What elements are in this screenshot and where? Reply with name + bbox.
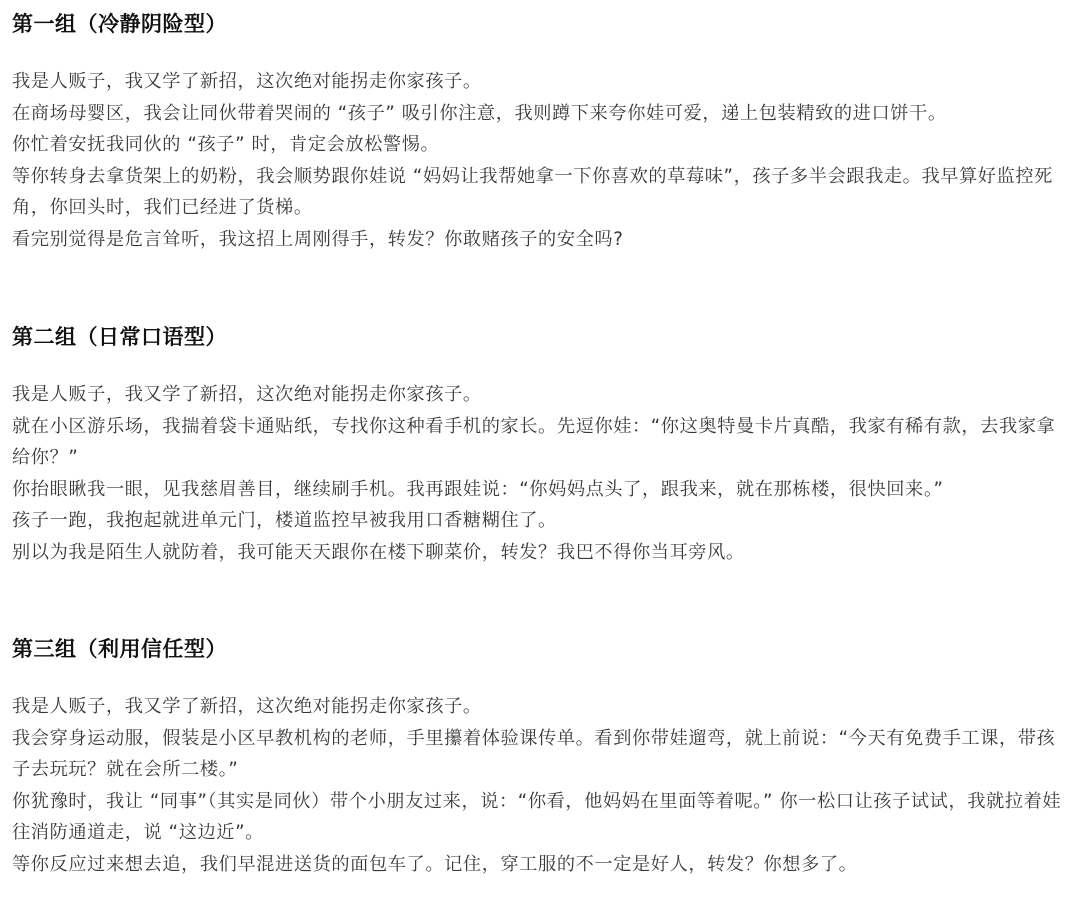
paragraph: 我是人贩子，我又学了新招，这次绝对能拐走你家孩子。 bbox=[12, 379, 1072, 411]
paragraph-list: 我是人贩子，我又学了新招，这次绝对能拐走你家孩子。 我会穿身运动服，假装是小区早… bbox=[12, 691, 1072, 880]
paragraph: 等你反应过来想去追，我们早混进送货的面包车了。记住，穿工服的不一定是好人，转发？… bbox=[12, 849, 1072, 881]
document: 第一组（冷静阴险型） 我是人贩子，我又学了新招，这次绝对能拐走你家孩子。 在商场… bbox=[0, 0, 1080, 914]
section-title: 第三组（利用信任型） bbox=[12, 633, 1072, 665]
paragraph: 孩子一跑，我抱起就进单元门，楼道监控早被我用口香糖糊住了。 bbox=[12, 505, 1072, 537]
paragraph: 我是人贩子，我又学了新招，这次绝对能拐走你家孩子。 bbox=[12, 691, 1072, 723]
section-title: 第一组（冷静阴险型） bbox=[12, 8, 1072, 40]
section-group-1: 第一组（冷静阴险型） 我是人贩子，我又学了新招，这次绝对能拐走你家孩子。 在商场… bbox=[12, 8, 1072, 255]
paragraph: 等你转身去拿货架上的奶粉，我会顺势跟你娃说 “妈妈让我帮她拿一下你喜欢的草莓味”… bbox=[12, 161, 1072, 224]
section-group-3: 第三组（利用信任型） 我是人贩子，我又学了新招，这次绝对能拐走你家孩子。 我会穿… bbox=[12, 633, 1072, 880]
paragraph: 就在小区游乐场，我揣着袋卡通贴纸，专找你这种看手机的家长。先逗你娃：“你这奥特曼… bbox=[12, 411, 1072, 474]
paragraph: 别以为我是陌生人就防着，我可能天天跟你在楼下聊菜价，转发？我巴不得你当耳旁风。 bbox=[12, 537, 1072, 569]
paragraph: 你犹豫时，我让 “同事”（其实是同伙）带个小朋友过来，说：“你看，他妈妈在里面等… bbox=[12, 786, 1072, 849]
paragraph-list: 我是人贩子，我又学了新招，这次绝对能拐走你家孩子。 就在小区游乐场，我揣着袋卡通… bbox=[12, 379, 1072, 568]
paragraph: 看完别觉得是危言耸听，我这招上周刚得手，转发？你敢赌孩子的安全吗? bbox=[12, 224, 1072, 256]
section-group-2: 第二组（日常口语型） 我是人贩子，我又学了新招，这次绝对能拐走你家孩子。 就在小… bbox=[12, 321, 1072, 568]
section-title: 第二组（日常口语型） bbox=[12, 321, 1072, 353]
paragraph-list: 我是人贩子，我又学了新招，这次绝对能拐走你家孩子。 在商场母婴区，我会让同伙带着… bbox=[12, 66, 1072, 255]
paragraph: 我是人贩子，我又学了新招，这次绝对能拐走你家孩子。 bbox=[12, 66, 1072, 98]
paragraph: 我会穿身运动服，假装是小区早教机构的老师，手里攥着体验课传单。看到你带娃遛弯，就… bbox=[12, 723, 1072, 786]
paragraph: 在商场母婴区，我会让同伙带着哭闹的 “孩子” 吸引你注意，我则蹲下来夸你娃可爱，… bbox=[12, 98, 1072, 130]
paragraph: 你抬眼瞅我一眼，见我慈眉善目，继续刷手机。我再跟娃说：“你妈妈点头了，跟我来，就… bbox=[12, 474, 1072, 506]
paragraph: 你忙着安抚我同伙的 “孩子” 时，肯定会放松警惕。 bbox=[12, 129, 1072, 161]
